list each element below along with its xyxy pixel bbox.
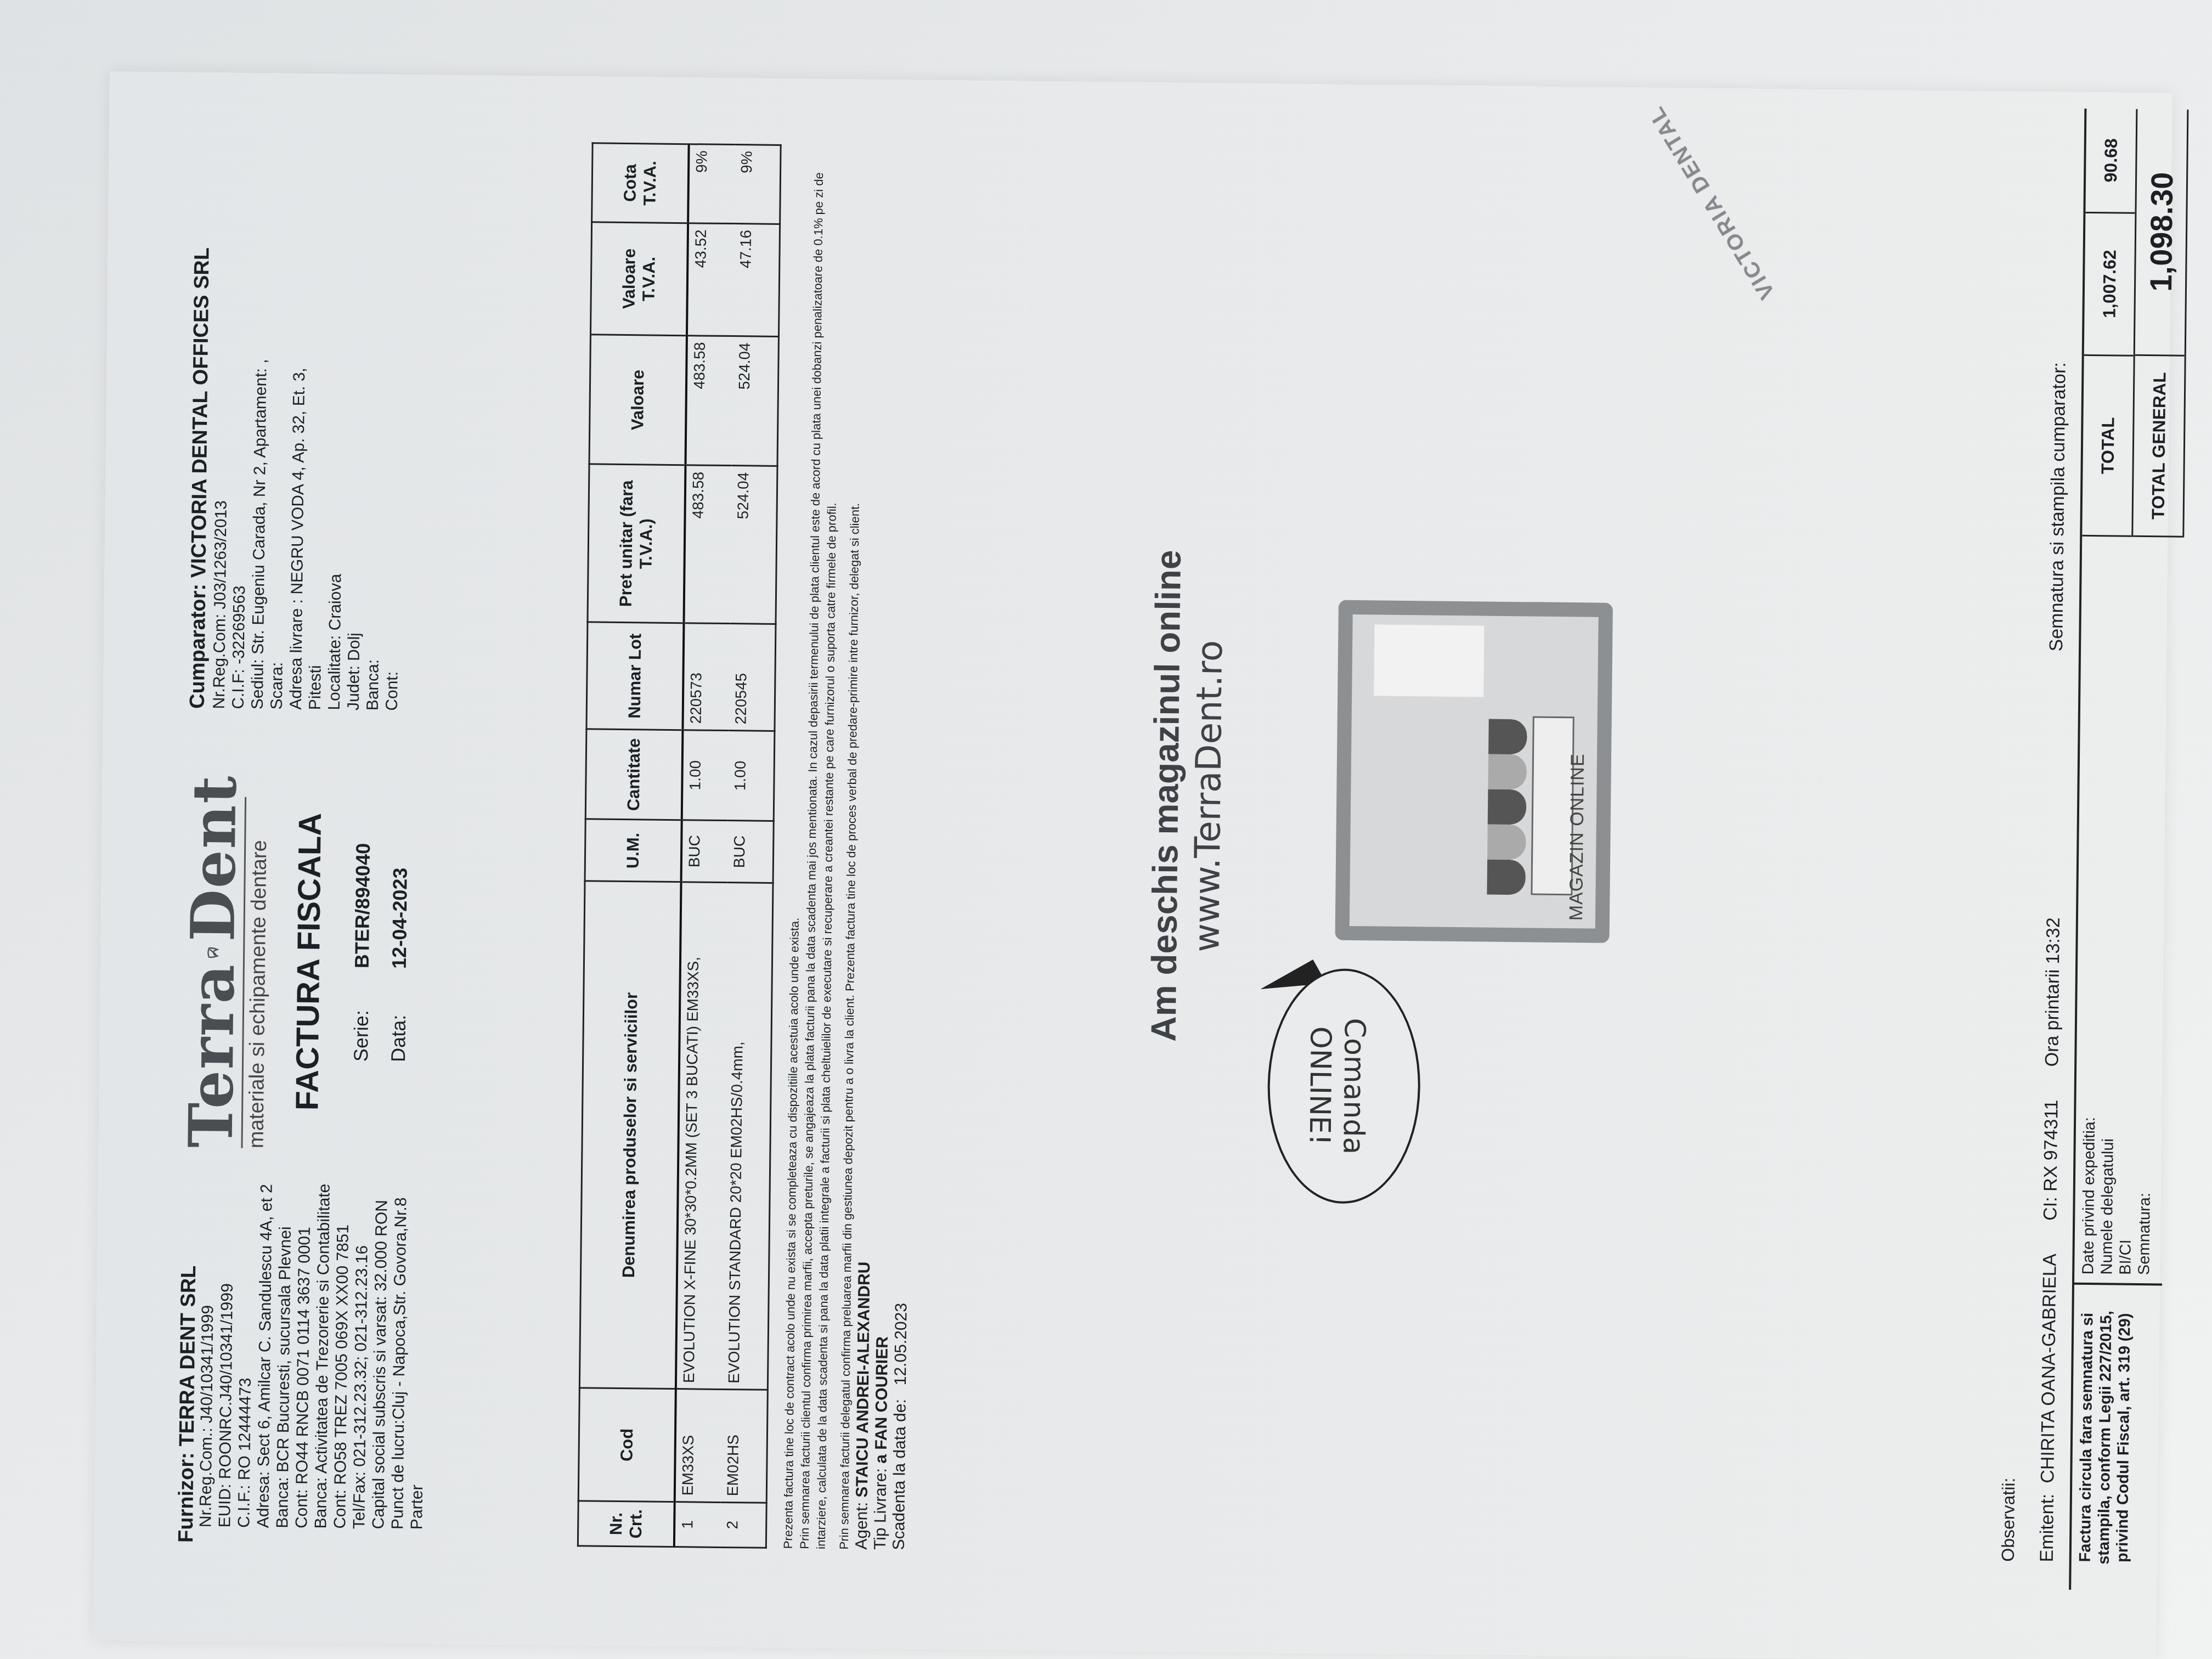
table-cell: 1.00 <box>728 731 775 821</box>
document-title: FACTURA FISCALA <box>288 776 329 1149</box>
total-label: TOTAL <box>2082 356 2133 537</box>
delegate-id-label: BI/CI <box>2116 1118 2136 1275</box>
column-header: Numar Lot <box>586 622 684 730</box>
grand-total-value: 1,098.30 <box>2135 109 2187 356</box>
table-cell: 483.58 <box>685 336 732 466</box>
table-cell: 1.00 <box>682 730 729 821</box>
invoice-serie: BTER/894040 <box>351 843 374 969</box>
table-cell: 9% <box>688 144 735 224</box>
table-cell: 220573 <box>682 623 730 731</box>
column-header: Cod <box>578 1388 676 1502</box>
column-header: Cota T.V.A. <box>592 143 689 223</box>
delivery-type: a FAN COURIER <box>872 1336 891 1464</box>
agent-name: STAICU ANDREI-ALEXANDRU <box>853 1261 874 1497</box>
grand-total-label: TOTAL GENERAL <box>2133 356 2184 537</box>
buyer-signature-label: Semnatura si stampila cumparator: <box>2046 362 2070 652</box>
buyer-block: Cumparator: VICTORIA DENTAL OFFICES SRL … <box>185 133 408 711</box>
invoice-date: 12-04-2023 <box>388 867 411 969</box>
column-header: Pret unitar (fara T.V.A.) <box>588 464 686 623</box>
delegate-signature-label: Semnatura: <box>2135 1118 2155 1275</box>
speech-bubble: Comanda ONLINE! <box>1266 968 1421 1204</box>
table-cell: 43.52 <box>687 223 734 336</box>
buyer-stamp: VICTORIA DENTAL <box>1644 101 1780 303</box>
delivery-label: Tip Livrare: <box>871 1468 890 1550</box>
table-cell: EM02HS <box>721 1390 768 1503</box>
emitent-label: Emitent: <box>2036 1493 2058 1562</box>
date-label: Data: <box>380 968 418 1062</box>
invoice-paper: Furnizor: TERRA DENT SRL Nr.Reg.Com.: J4… <box>93 71 2172 1659</box>
delegate-name-label: Numele delegatului <box>2097 1117 2118 1274</box>
supplier-line: Parter <box>407 1161 430 1530</box>
table-cell: 47.16 <box>733 223 780 336</box>
bubble-text: Comanda ONLINE! <box>1302 970 1372 1201</box>
table-cell: BUC <box>681 820 728 883</box>
table-cell: 483.58 <box>684 465 731 623</box>
ad-website-link[interactable]: www.TerraDent.ro <box>1183 412 1234 1181</box>
column-header: Nr. Crt. <box>578 1501 674 1547</box>
emitent-ci: CI: RX 974311 <box>2040 1099 2062 1221</box>
column-header: Valoare T.V.A. <box>590 222 688 336</box>
table-cell: 1 <box>674 1502 721 1547</box>
shop-label: MAGAZIN ONLINE <box>1566 753 1589 921</box>
terms-notes: Prezenta factura tine loc de contract ac… <box>780 144 923 1550</box>
due-label: Scadenta la data de: <box>890 1399 910 1550</box>
column-header: Valoare <box>589 335 687 465</box>
ad-headline: Am deschis magazinul online www.TerraDen… <box>1141 411 1234 1181</box>
supplier-details: Nr.Reg.Com.: J40/10341/1999EUID: ROONRC.… <box>196 1159 430 1545</box>
table-cell: EVOLUTION STANDARD 20*20 EM02HS/0.4mm, <box>722 883 773 1390</box>
agent-label: Agent: <box>853 1502 871 1550</box>
items-table: Nr. Crt.CodDenumirea produselor si servi… <box>577 142 782 1548</box>
column-header: Cantitate <box>585 729 682 820</box>
total-value: 1,007.62 <box>2084 213 2135 357</box>
table-cell: 2 <box>720 1502 766 1548</box>
table-cell: 9% <box>734 145 781 224</box>
company-logo: Terra Dent materiale si echipamente dent… <box>180 775 420 1150</box>
online-shop-icon: MAGAZIN ONLINE <box>1335 600 1612 943</box>
expedition-info: Date privind expeditia: Numele delegatul… <box>2079 1117 2155 1275</box>
print-time: Ora printarii 13:32 <box>2041 917 2064 1067</box>
expedition-title: Date privind expeditia: <box>2079 1117 2099 1274</box>
serie-label: Serie: <box>342 968 381 1062</box>
ad-line-1: Am deschis magazinul online <box>1141 411 1192 1180</box>
table-cell: EM33XS <box>675 1389 722 1502</box>
buyer-details: Nr.Reg.Com: J03/1263/2013C.I.F: -3226956… <box>210 133 408 711</box>
observations-label: Observatii: <box>1998 1477 2019 1561</box>
emitent-line: Emitent: CHIRITA OANA-GABRIELA CI: RX 97… <box>2036 917 2064 1562</box>
table-cell: 524.04 <box>730 466 777 624</box>
totals-box: TOTAL 1,007.62 90.68 TOTAL GENERAL 1,098… <box>2082 109 2188 538</box>
column-header: Denumirea produselor si serviciilor <box>579 881 681 1389</box>
tooth-icon <box>193 946 233 959</box>
table-cell: 524.04 <box>731 336 778 466</box>
legal-note: Factura circula fara semnatura si stampi… <box>2071 1283 2162 1591</box>
table-cell: 220545 <box>729 623 776 731</box>
emitent-name: CHIRITA OANA-GABRIELA <box>2037 1254 2060 1483</box>
logo-word-right: Dent <box>183 775 245 942</box>
total-vat: 90.68 <box>2085 109 2136 214</box>
table-cell: EVOLUTION X-FINE 30*30*0.2MM (SET 3 BUCA… <box>676 882 727 1390</box>
footer-box: Factura circula fara semnatura si stampi… <box>2069 109 2169 1590</box>
logo-word-left: Terra <box>180 963 243 1148</box>
supplier-block: Furnizor: TERRA DENT SRL Nr.Reg.Com.: J4… <box>177 1159 430 1545</box>
supplier-line: Punct de lucru:Cluj - Napoca,Str. Govora… <box>388 1161 411 1530</box>
due-date: 12.05.2023 <box>891 1303 911 1385</box>
table-cell: BUC <box>727 821 774 883</box>
column-header: U.M. <box>585 819 682 882</box>
table-header-row: Nr. Crt.CodDenumirea produselor si servi… <box>578 143 689 1547</box>
